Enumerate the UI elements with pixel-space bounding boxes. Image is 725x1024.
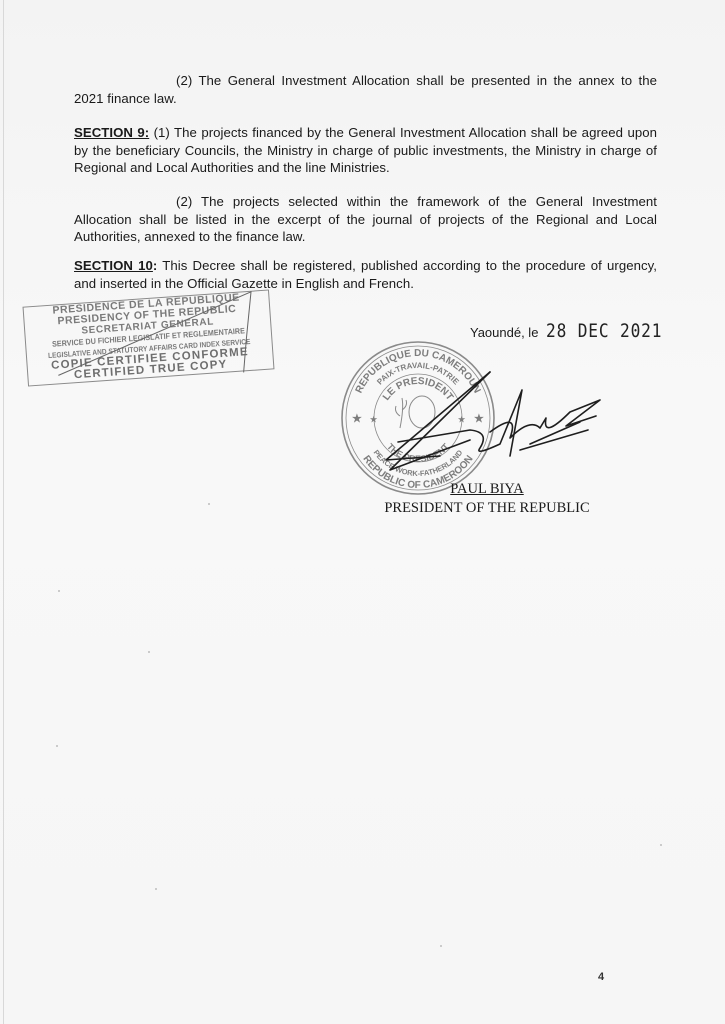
scan-speck <box>58 590 60 592</box>
stamp-initial-stroke <box>23 283 274 390</box>
scan-speck <box>440 945 442 947</box>
signatory-title: PRESIDENT OF THE REPUBLIC <box>362 499 612 518</box>
paragraph-text: (2) The projects selected within the fra… <box>74 194 657 244</box>
scan-speck <box>660 844 662 846</box>
page-edge <box>3 0 4 1024</box>
paragraph-text: (1) The projects financed by the General… <box>74 125 657 175</box>
svg-text:★: ★ <box>352 413 362 425</box>
paragraph-text: This Decree shall be registered, publish… <box>74 258 657 291</box>
scan-speck <box>155 888 157 890</box>
page-number: 4 <box>598 971 604 983</box>
paragraph-text: (2) The General Investment Allocation sh… <box>74 73 657 106</box>
document-page: (2) The General Investment Allocation sh… <box>0 0 725 1024</box>
signature <box>370 360 610 480</box>
scan-speck <box>56 745 58 747</box>
paragraph-section-9-2: (2) The projects selected within the fra… <box>74 193 657 246</box>
certified-copy-stamp: PRESIDENCE DE LA REPUBLIQUE PRESIDENCY O… <box>23 289 275 386</box>
paragraph-section-10: SECTION 10: This Decree shall be registe… <box>74 257 657 292</box>
signatory-block: PAUL BIYA PRESIDENT OF THE REPUBLIC <box>362 480 612 518</box>
section-9-label: SECTION 9: <box>74 125 149 140</box>
scan-speck <box>148 651 150 653</box>
paragraph-section-9-1: SECTION 9: (1) The projects financed by … <box>74 124 657 177</box>
scan-speck <box>208 503 210 505</box>
place-date-line: Yaoundé, le 28 DEC 2021 <box>470 320 683 342</box>
signatory-name: PAUL BIYA <box>362 480 612 499</box>
section-10-label: SECTION 10 <box>74 258 153 273</box>
paragraph-section-8-2: (2) The General Investment Allocation sh… <box>74 72 657 107</box>
date-stamp: 28 DEC 2021 <box>546 320 662 342</box>
